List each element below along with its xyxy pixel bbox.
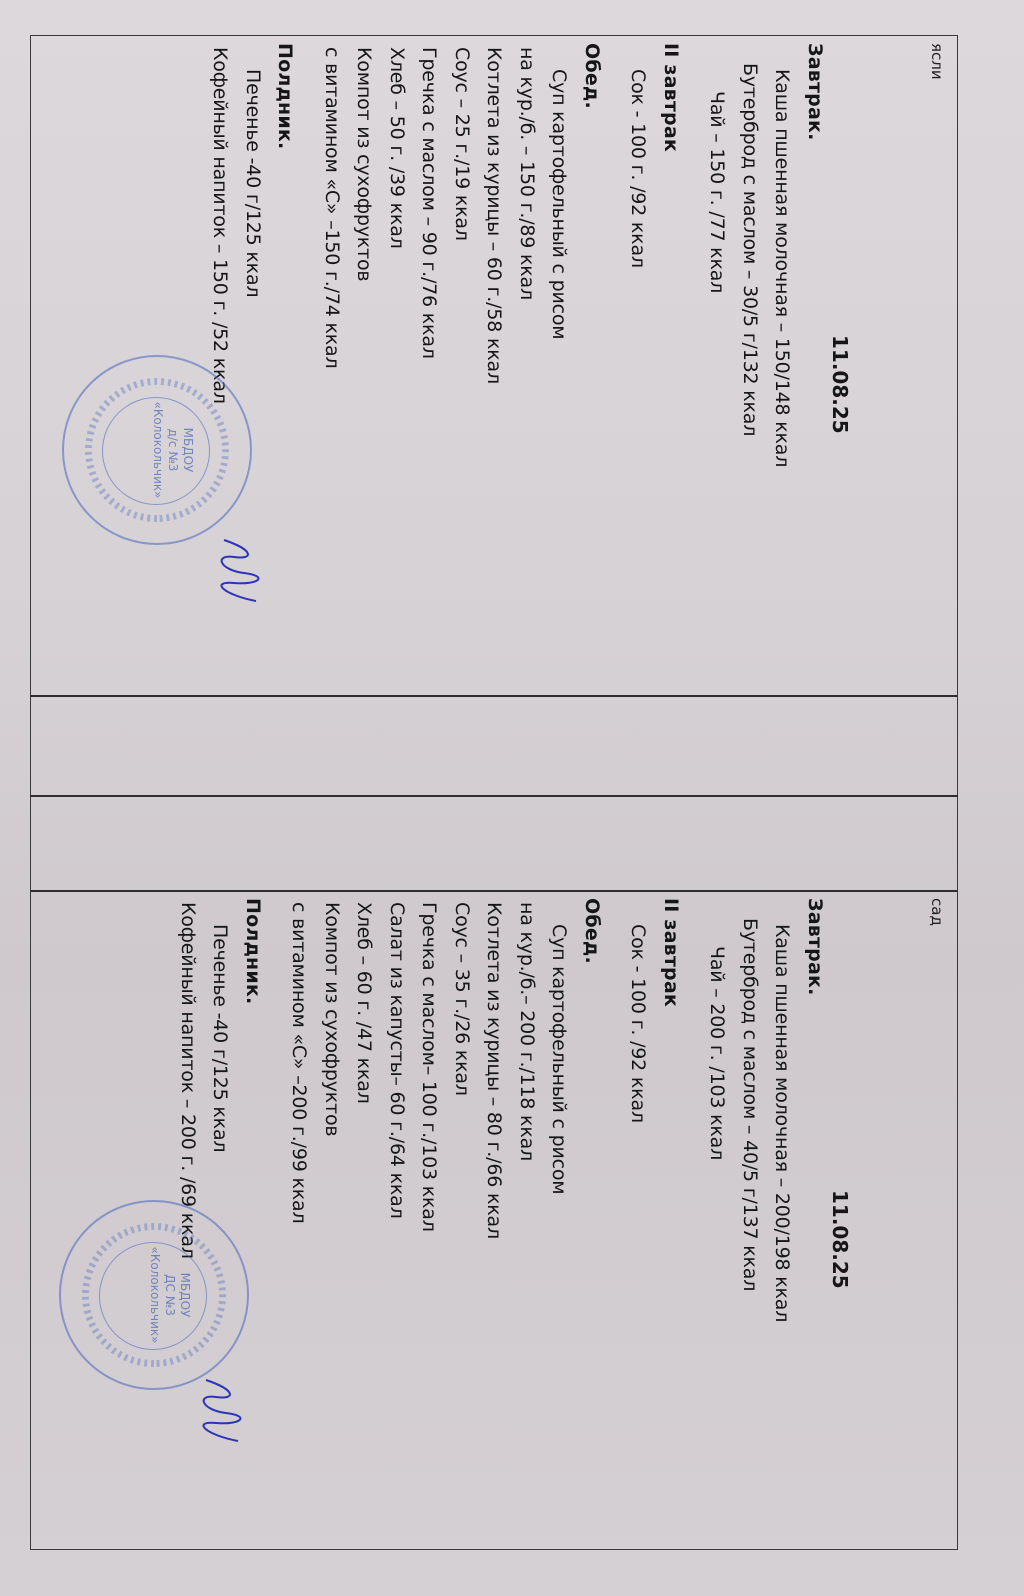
menu-item: Сок - 100 г. /92 ккал [628, 69, 650, 268]
meal-section-title: Полдник. [242, 898, 264, 1004]
menu-item: Бутерброд с маслом – 30/5 г/132 ккал [739, 63, 761, 436]
stamp-line: «Колокольчик» [147, 1202, 162, 1388]
meal-section-title: Обед. [581, 43, 603, 109]
menu-item: Хлеб – 60 г. /47 ккал [354, 902, 376, 1104]
meal-section-title: Завтрак. [804, 43, 826, 141]
menu-item: Каша пшенная молочная – 200/198 ккал [772, 924, 794, 1322]
signature [196, 1375, 246, 1445]
official-stamp: МБДОУд/с №3«Колокольчик» [62, 355, 252, 545]
menu-item: Суп картофельный с рисом [549, 924, 571, 1194]
meal-section-title: Обед. [581, 898, 603, 964]
meal-section-title: II завтрак [660, 898, 682, 1007]
menu-item: Соус – 35 г./26 ккал [451, 902, 473, 1096]
stamp-center-text: МБДОУд/с №3«Колокольчик» [150, 357, 195, 543]
column-divider [30, 695, 958, 697]
menu-item: с витамином «С» –150 г./74 ккал [321, 47, 343, 368]
menu-item: Компот из сухофруктов [321, 902, 343, 1136]
stamp-line: д/с №3 [165, 357, 180, 543]
meal-section-title: Полдник. [275, 43, 297, 149]
menu-item: Бутерброд с маслом – 40/5 г/137 ккал [739, 918, 761, 1291]
stamp-line: МБДОУ [177, 1202, 192, 1388]
column-divider [30, 795, 958, 797]
menu-item: Суп картофельный с рисом [549, 69, 571, 339]
menu-item: Котлета из курицы – 80 г./66 ккал [484, 902, 506, 1239]
menu-item: Печенье -40 г/125 ккал [242, 69, 264, 297]
menu-date: 11.08.25 [828, 1190, 852, 1289]
menu-item: Каша пшенная молочная – 150/148 ккал [772, 69, 794, 467]
menu-item: Чай – 200 г. /103 ккал [707, 946, 729, 1160]
menu-item: Котлета из курицы – 60 г./58 ккал [484, 47, 506, 384]
column-label: ясли [928, 43, 946, 80]
menu-item: Печенье -40 г/125 ккал [210, 924, 232, 1152]
stamp-line: ДС №3 [162, 1202, 177, 1388]
menu-item: Соус – 25 г./19 ккал [451, 47, 473, 241]
meal-section-title: Завтрак. [804, 898, 826, 996]
meal-section-title: II завтрак [660, 43, 682, 152]
menu-item: с витамином «С» –200 г./99 ккал [289, 902, 311, 1223]
stamp-line: МБДОУ [180, 357, 195, 543]
menu-date: 11.08.25 [828, 335, 852, 434]
menu-item: Кофейный напиток – 150 г. /52 ккал [210, 47, 232, 404]
menu-item: Гречка с маслом – 90 г./76 ккал [419, 47, 441, 359]
menu-item: на кур./б. – 150 г./89 ккал [516, 47, 538, 300]
stamp-center-text: МБДОУДС №3«Колокольчик» [147, 1202, 192, 1388]
menu-item: Хлеб – 50 г. /39 ккал [386, 47, 408, 249]
menu-item: на кур./б.– 200 г./118 ккал [516, 902, 538, 1161]
menu-item: Компот из сухофруктов [354, 47, 376, 281]
menu-item: Сок - 100 г. /92 ккал [628, 924, 650, 1123]
menu-item: Чай – 150 г. /77 ккал [707, 91, 729, 293]
menu-item: Салат из капусты– 60 г./64 ккал [386, 902, 408, 1219]
official-stamp: МБДОУДС №3«Колокольчик» [59, 1200, 249, 1390]
signature [214, 535, 264, 605]
column-label: сад [928, 898, 946, 926]
menu-sheet: ясли11.08.25Завтрак.Каша пшенная молочна… [0, 0, 1024, 1596]
menu-item: Гречка с маслом– 100 г./103 ккал [419, 902, 441, 1232]
stamp-line: «Колокольчик» [150, 357, 165, 543]
